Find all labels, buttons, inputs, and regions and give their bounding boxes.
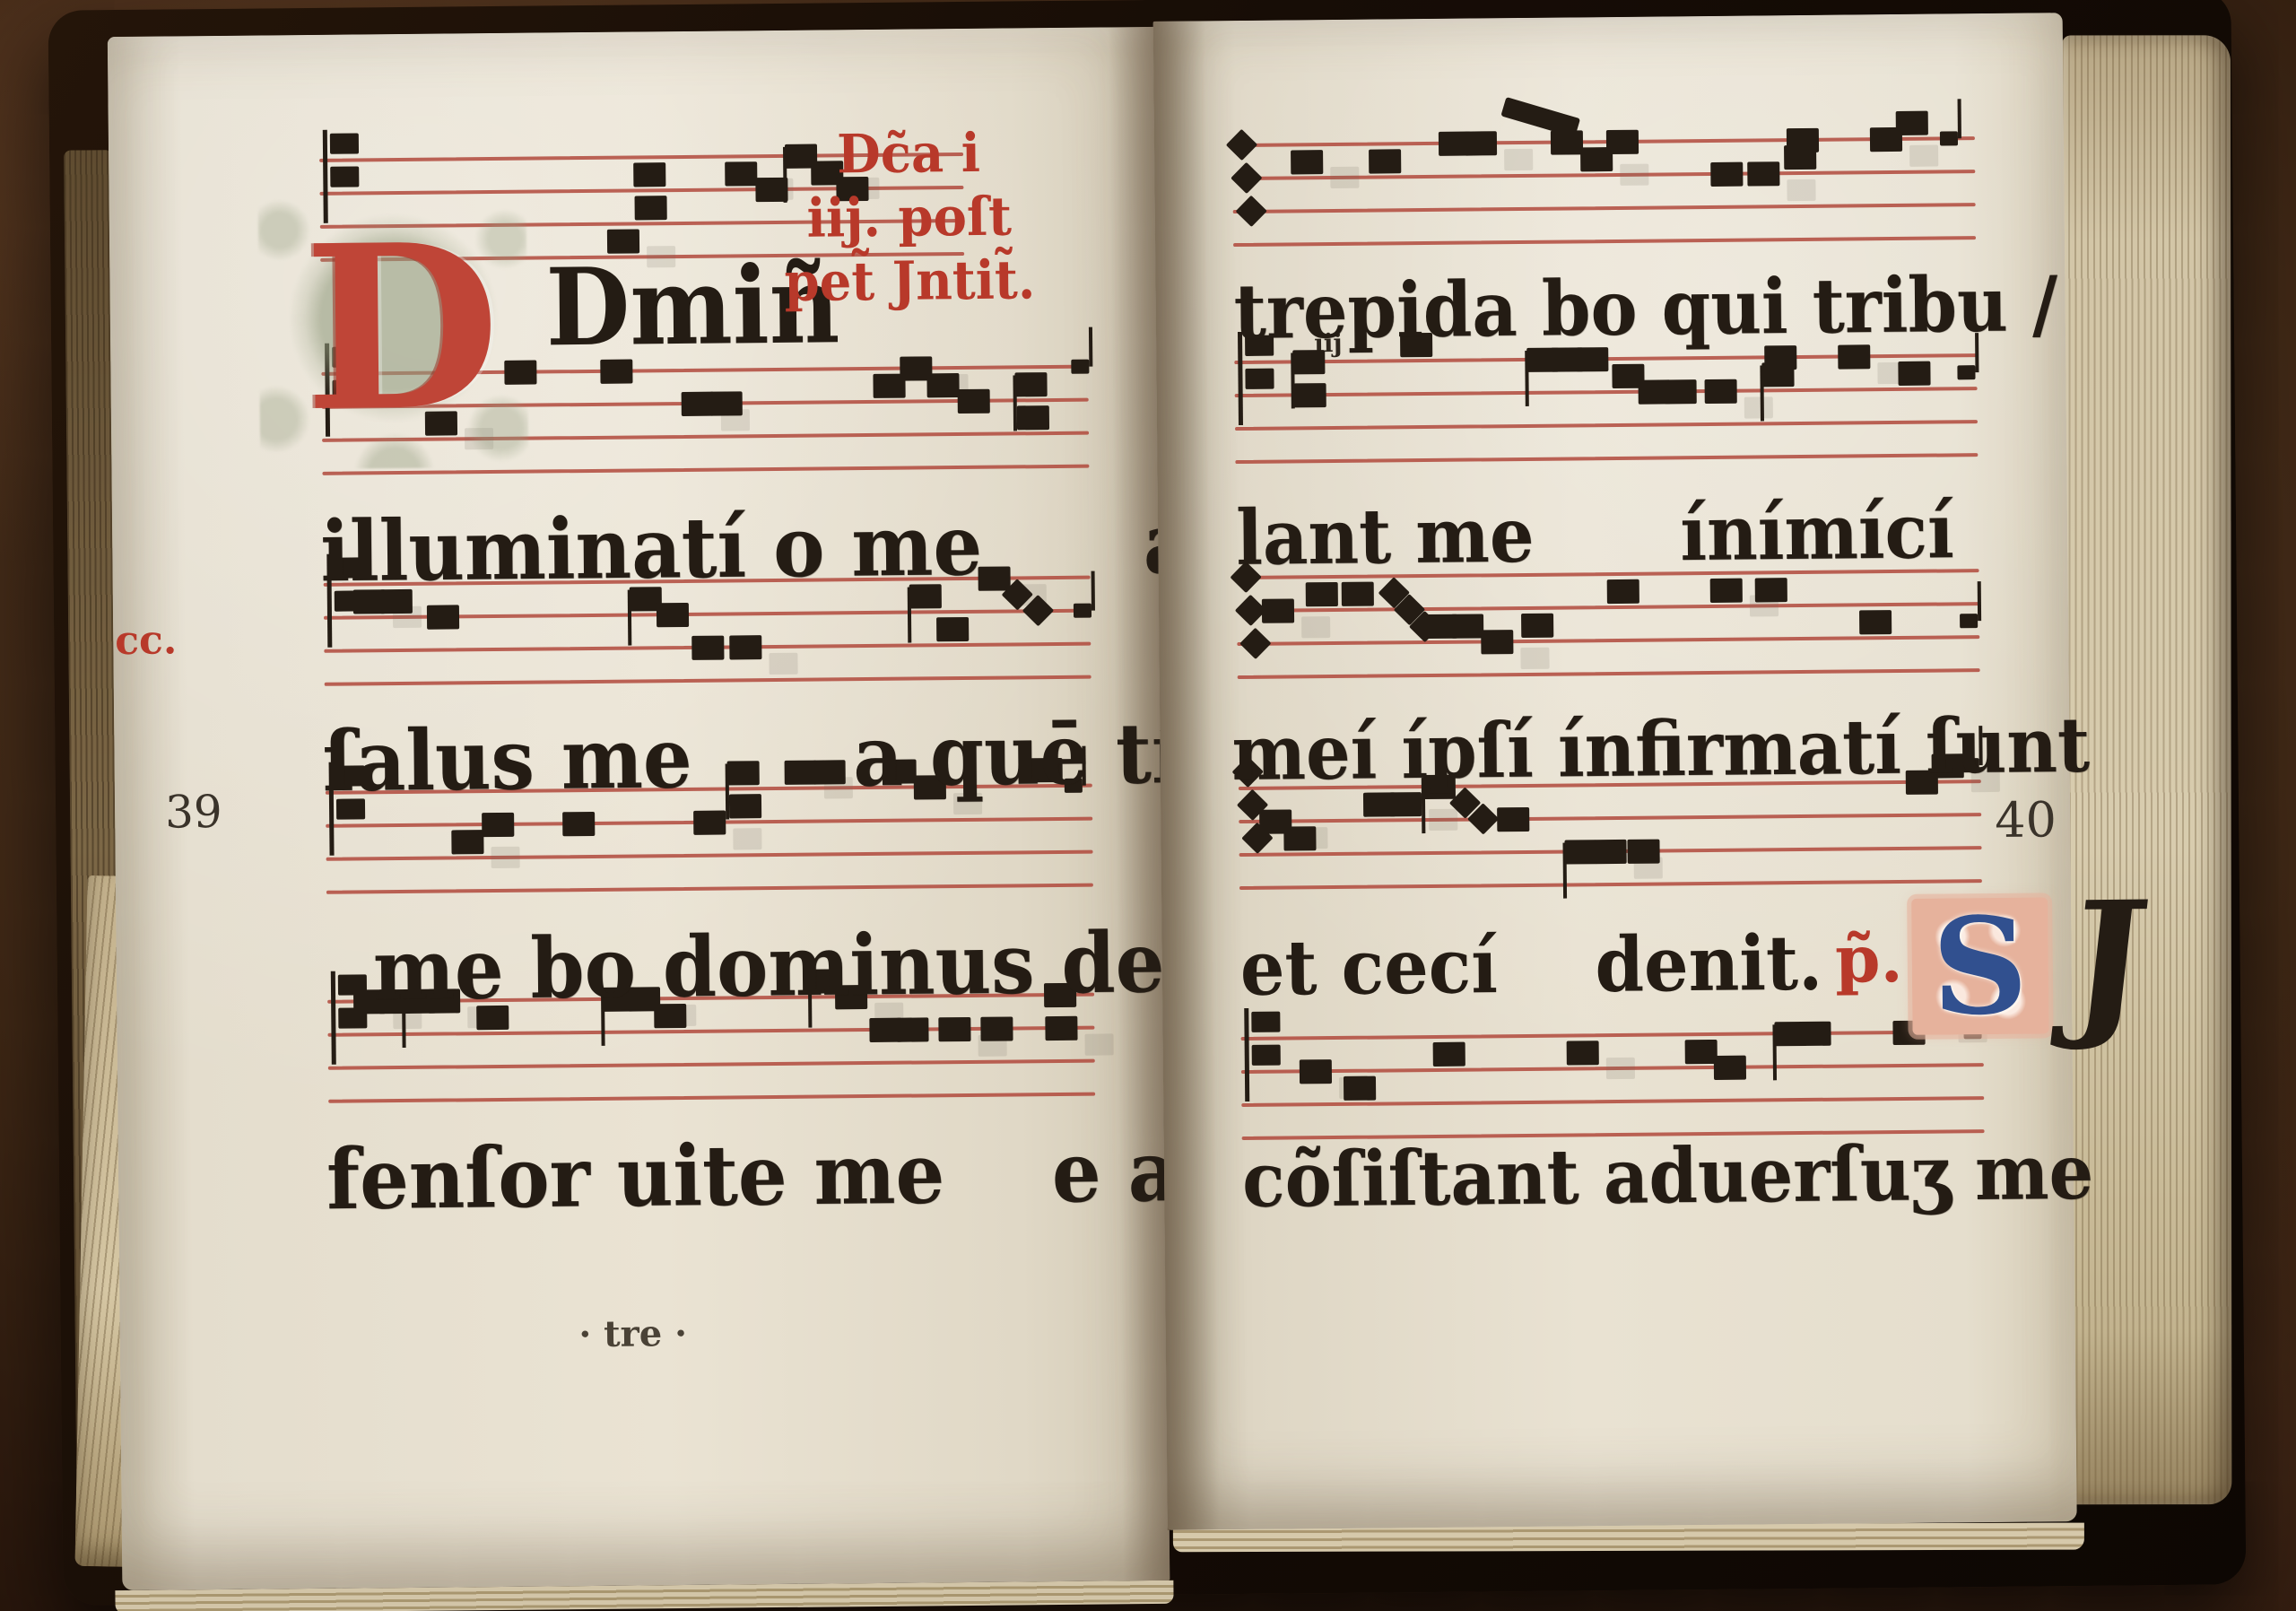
chant-text-line: fenſor uite me e aq̃	[326, 1122, 1231, 1229]
antiphonal-book: cc. 39 D Dmiñ Dc̃a i iij. poſt pet̃ Jnti…	[56, 0, 2245, 1606]
chant-text-line: trepida bo qui tribu ∕	[1233, 260, 2057, 356]
catchword-tre: · tre ·	[534, 1312, 731, 1356]
page-number-39: 39	[165, 786, 222, 839]
chant-text-line: me bo dominus de ∕	[372, 913, 1220, 1019]
chant-text-line: lant me ínímící	[1236, 487, 1954, 582]
left-page-folio-39: cc. 39 D Dmiñ Dc̃a i iij. poſt pet̃ Jnti…	[108, 27, 1170, 1590]
rubric-heading: Dc̃a i iij. poſt pet̃ Jntit̃.	[774, 121, 1045, 315]
initial-s-letter: S	[1931, 900, 2028, 1033]
illuminated-initial-S: S	[1911, 897, 2048, 1034]
chant-text-line: et cecí denit.	[1239, 919, 1822, 1014]
illuminated-initial-D: D	[298, 220, 492, 428]
psalm-incipit-row: et cecí denit. p̃. S J	[1239, 894, 2148, 1049]
page-number-40: 40	[1995, 791, 2057, 849]
chant-text-line: ſalus me a quē tí ∕	[322, 704, 1236, 811]
flourished-letter-J: J	[2062, 880, 2155, 1041]
chant-text-line: illuminatí o me a ʒ	[320, 494, 1265, 601]
initial-d-letter: D	[302, 195, 500, 462]
folio-mark-cc: cc.	[115, 617, 177, 664]
chant-text-line: meí ípſí ínfirmatí ſunt	[1231, 701, 2090, 797]
chant-text-line: cõſiſtant aduerſuʒ me	[1242, 1128, 2094, 1224]
right-page-folio-40: 40 iij trepida bo qui tribu ∕ lant me ín…	[1153, 13, 2077, 1530]
psalm-abbreviation-mark: p̃.	[1835, 920, 1903, 997]
